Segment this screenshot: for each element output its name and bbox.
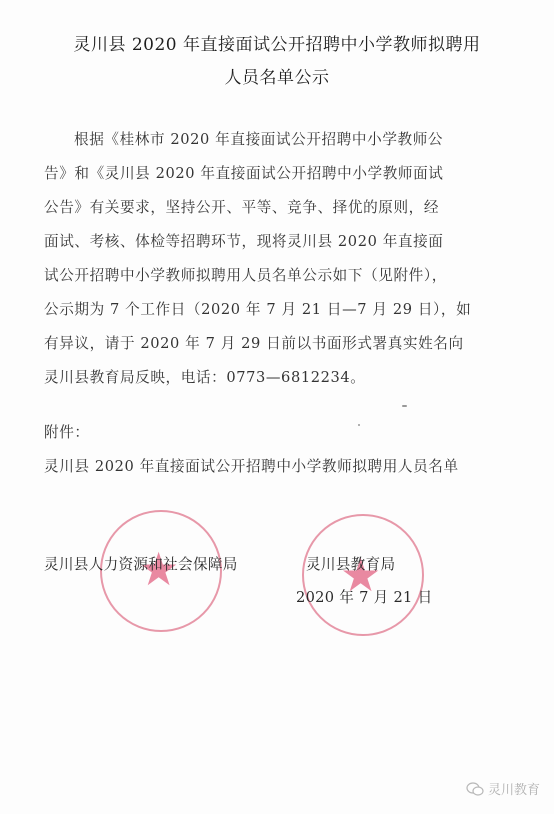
body-line-6: 公示期为 7 个工作日（2020 年 7 月 21 日—7 月 29 日），如 <box>44 298 471 319</box>
signature-date: 2020 年 7 月 21 日 <box>296 586 432 607</box>
body-line-4: 面试、考核、体检等招聘环节，现将灵川县 2020 年直接面 <box>44 230 443 251</box>
document-page: 灵川县 2020 年直接面试公开招聘中小学教师拟聘用 人员名单公示 根据《桂林市… <box>0 0 554 814</box>
body-line-3: 公告》有关要求，坚持公开、平等、竞争、择优的原则，经 <box>44 196 439 217</box>
body-line-8: 灵川县教育局反映，电话：0773—6812234。 <box>44 366 365 387</box>
body-line-7: 有异议，请于 2020 年 7 月 29 日前以书面形式署真实姓名向 <box>44 332 464 353</box>
attachment-label: 附件： <box>44 421 90 442</box>
signature-hr-bureau: 灵川县人力资源和社会保障局 <box>44 553 238 574</box>
body-line-2: 告》和《灵川县 2020 年直接面试公开招聘中小学教师面试 <box>44 162 443 183</box>
scan-speck <box>358 424 360 426</box>
watermark-label: 灵川教育 <box>488 779 540 798</box>
scan-speck <box>402 405 407 407</box>
attachment-title: 灵川县 2020 年直接面试公开招聘中小学教师拟聘用人员名单 <box>44 455 459 476</box>
signature-education-bureau: 灵川县教育局 <box>306 553 395 574</box>
document-title-line-1: 灵川县 2020 年直接面试公开招聘中小学教师拟聘用 <box>0 30 554 55</box>
body-line-5: 试公开招聘中小学教师拟聘用人员名单公示如下（见附件）， <box>44 264 447 285</box>
official-seal-education-bureau: ★ <box>302 514 424 636</box>
body-line-1: 根据《桂林市 2020 年直接面试公开招聘中小学教师公 <box>74 128 443 149</box>
wechat-icon <box>466 782 484 796</box>
wechat-watermark: 灵川教育 <box>466 779 540 798</box>
document-title-line-2: 人员名单公示 <box>0 63 554 88</box>
